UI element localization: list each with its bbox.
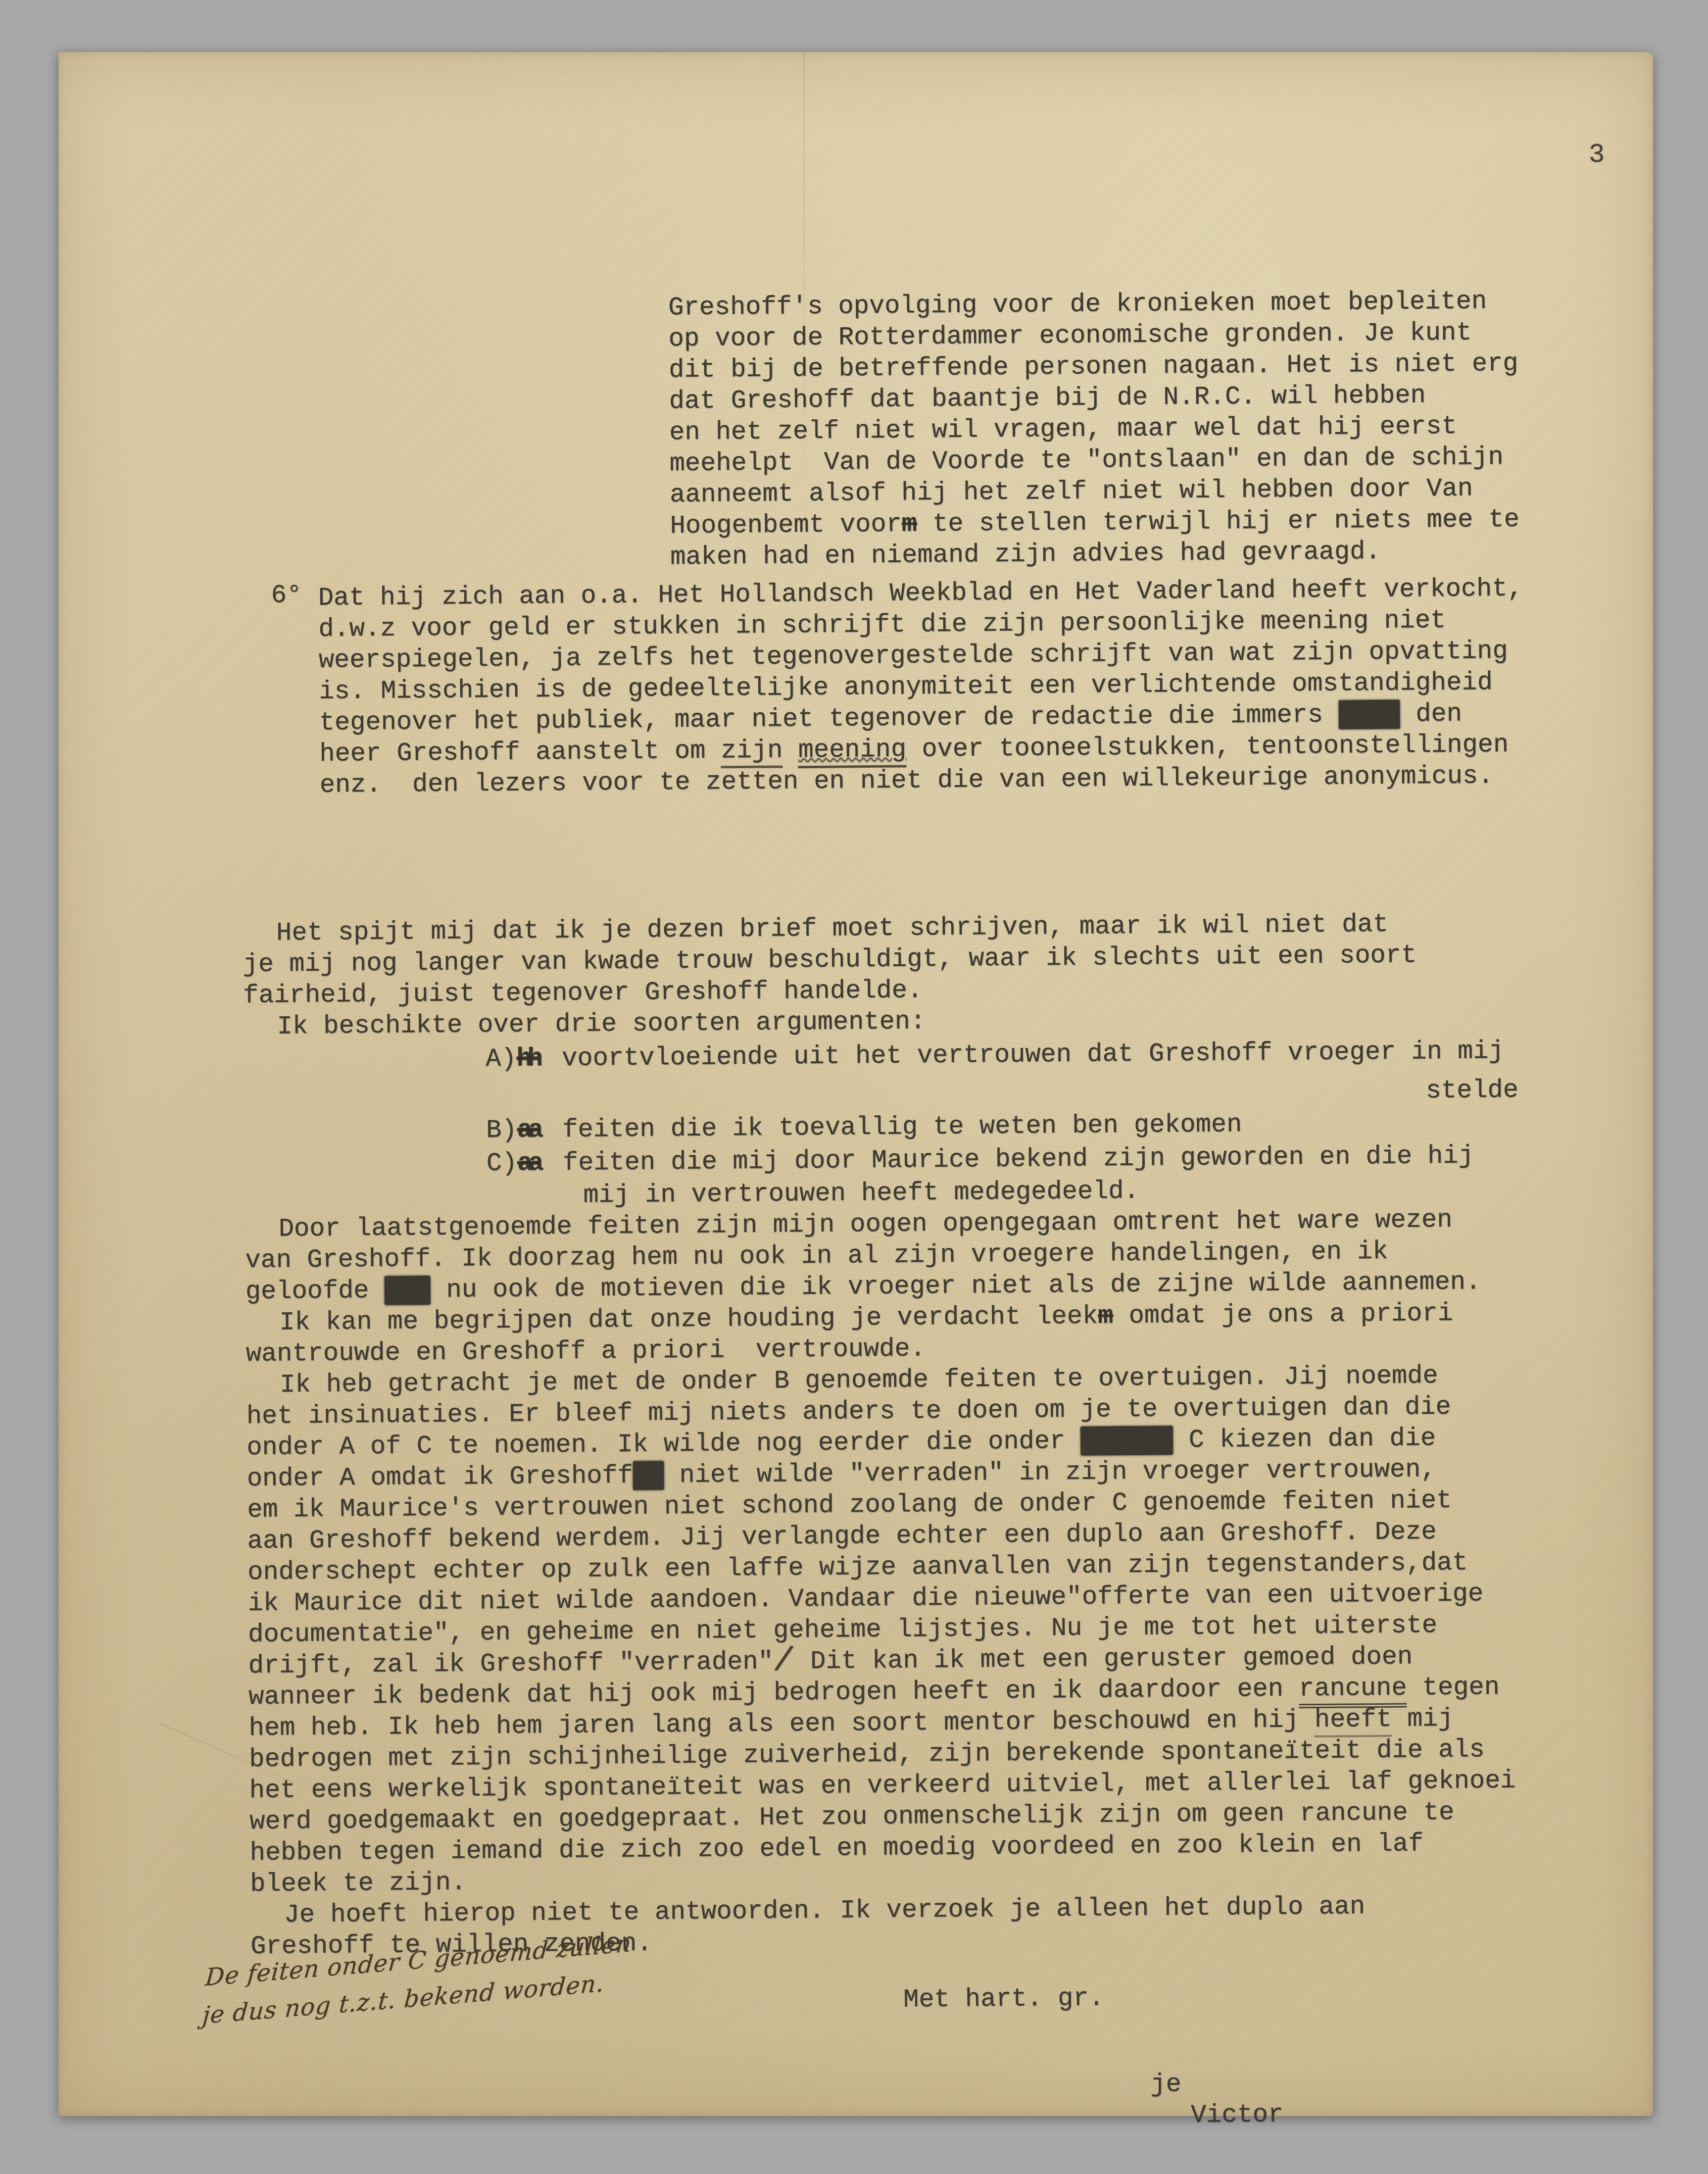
letter-body: Greshoff's opvolging voor de kronieken m… xyxy=(238,285,1628,2138)
overstruck-letters: aa xyxy=(517,1115,539,1144)
page-number: 3 xyxy=(1589,140,1605,170)
overstruck-letters: aa xyxy=(517,1148,539,1178)
typed-text: Hoogenbemt voor xyxy=(670,509,902,541)
scanned-letter-screenshot: { "page_number": "3", "colors": { "backd… xyxy=(0,0,1708,2174)
typed-text: mij xyxy=(1392,1704,1454,1734)
underlined-word: zijn xyxy=(721,736,782,768)
overstruck-letter: m xyxy=(902,509,918,539)
redaction-blot: xxxx xyxy=(1338,700,1400,730)
overstruck-letter: m xyxy=(1098,1301,1114,1331)
typed-text: geloofde xyxy=(245,1276,385,1306)
typed-text: Dit kan ik met een geruster gemoed doen xyxy=(795,1642,1413,1676)
typed-text: Ik kan me begrijpen dat onze houding je … xyxy=(279,1301,1098,1337)
list-item-a: A)hh voortvloeiende uit het vertrouwen d… xyxy=(486,1035,1619,1075)
underlined-word: meening xyxy=(798,735,906,768)
underlined-word: rancune xyxy=(1299,1674,1407,1709)
typed-text: feiten die mij door Maurice bekend zijn … xyxy=(547,1141,1474,1178)
typed-text: den xyxy=(1400,699,1462,729)
typed-text: voortvloeiende uit het vertrouwen dat Gr… xyxy=(546,1037,1504,1073)
item-number: 6° xyxy=(271,580,302,611)
redaction-blot: xxxxxx xyxy=(1080,1426,1173,1455)
redaction-blot: xx xyxy=(633,1461,664,1490)
redaction-blot: xxx xyxy=(384,1276,431,1305)
underlined-word: heeft xyxy=(1315,1705,1392,1737)
list-label: C) xyxy=(487,1149,518,1178)
typed-text: te stellen terwijl hij er niets mee te xyxy=(917,505,1519,539)
typed-line: stelde xyxy=(1425,1074,1619,1106)
typed-text: niet wilde "verraden" in zijn vroeger ve… xyxy=(664,1455,1436,1490)
signature-je: je xyxy=(1150,2065,1627,2100)
signature-name: Victor xyxy=(1191,2096,1628,2131)
list-label: A) xyxy=(486,1044,517,1074)
typed-text: heer Greshoff aanstelt om xyxy=(319,736,721,768)
letter-page: 3 Greshoff's opvolging voor de kronieken… xyxy=(58,52,1653,2116)
typed-text: drijft, zal ik Greshoff "verraden" xyxy=(248,1647,774,1680)
typed-text xyxy=(782,736,798,765)
closing-salutation: Met hart. gr. xyxy=(903,1978,1627,2015)
typed-text: tegen xyxy=(1407,1673,1500,1702)
typed-text: over tooneelstukken, tentoonstellingen xyxy=(906,730,1509,764)
typed-text: omdat je ons a priori xyxy=(1113,1299,1453,1331)
typed-text: C kiezen dan die xyxy=(1173,1424,1436,1455)
typed-text: onder A of C te noemen. Ik wilde nog eer… xyxy=(246,1427,1080,1462)
list-label: B) xyxy=(486,1116,517,1145)
typed-text: feiten die ik toevallig te weten ben gek… xyxy=(547,1110,1242,1144)
typed-text: onder A omdat ik Greshoff xyxy=(247,1461,634,1493)
overstruck-letters: hh xyxy=(516,1044,538,1073)
